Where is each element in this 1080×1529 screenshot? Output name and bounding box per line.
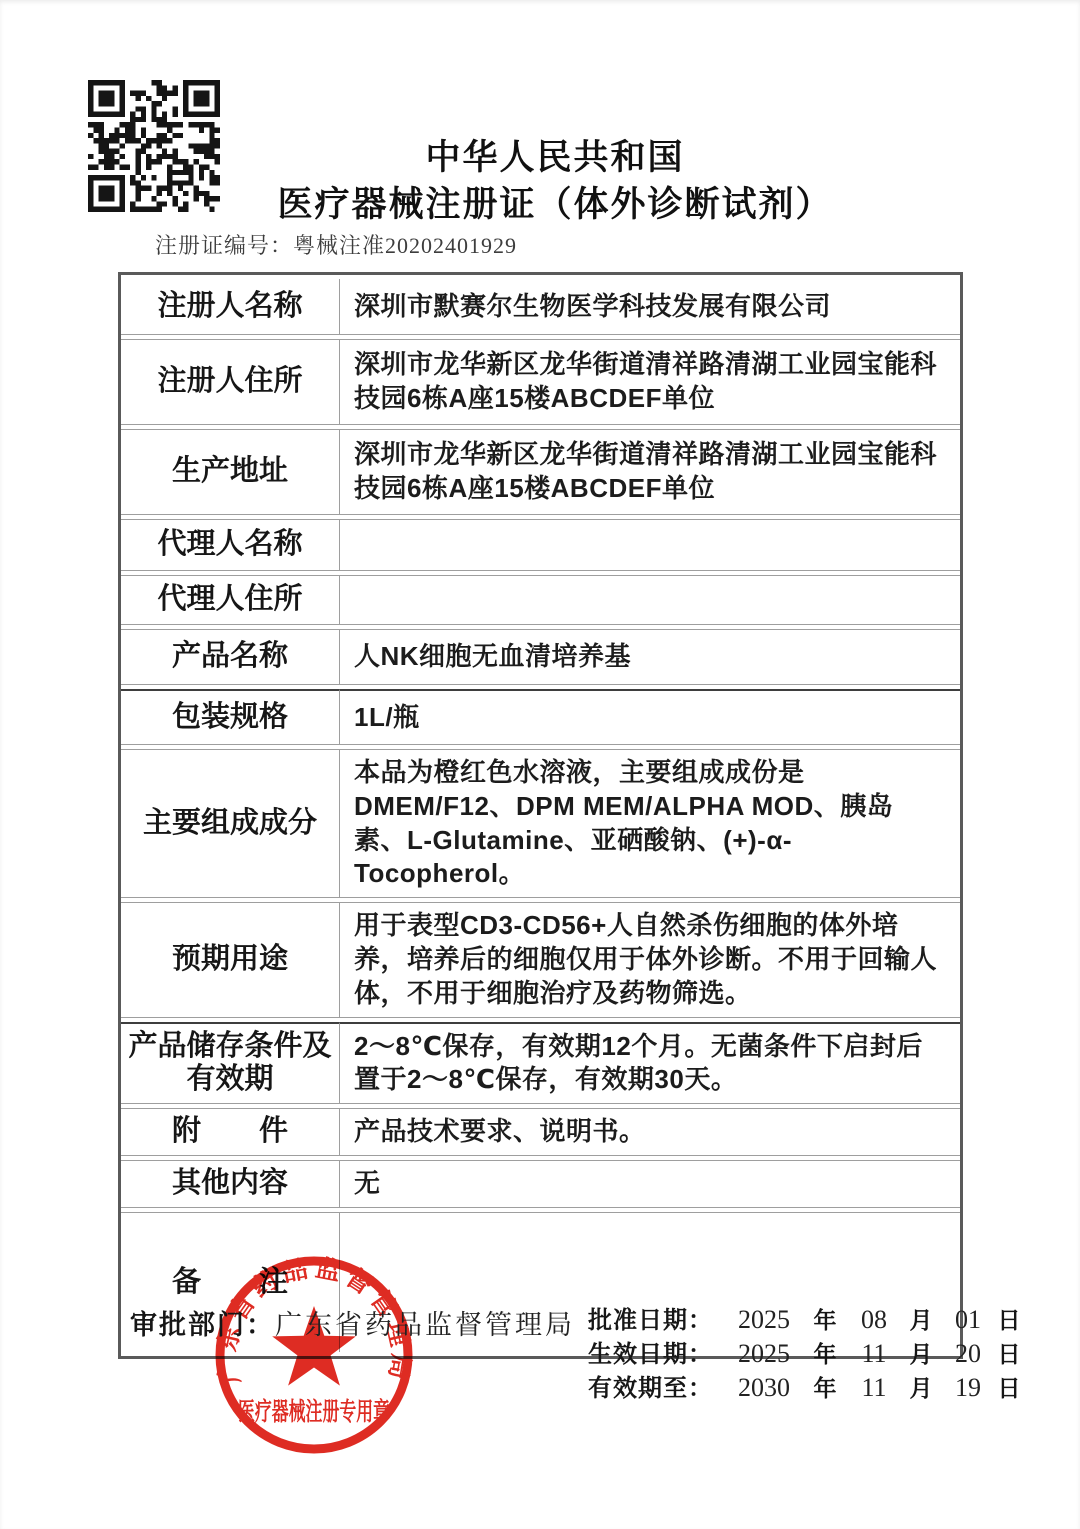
row-label: 产品名称	[121, 629, 340, 685]
official-seal-stamp: 广东省药品监督管理局 医疗器械注册专用章	[211, 1252, 417, 1458]
stamp-bottom-text: 医疗器械注册专用章	[238, 1397, 390, 1426]
table-row-registrant-address: 注册人住所 深圳市龙华新区龙华街道清祥路清湖工业园宝能科技园6栋A座15楼ABC…	[121, 339, 960, 425]
approval-department-value: 广东省药品监督管理局	[275, 1310, 575, 1340]
document-title: 中华人民共和国 医疗器械注册证（体外诊断试剂）	[40, 134, 1070, 228]
effective-date-year: 2025	[726, 1339, 802, 1369]
row-label: 生产地址	[121, 429, 340, 515]
title-line-1: 中华人民共和国	[40, 134, 1070, 181]
row-label: 主要组成成分	[121, 749, 340, 898]
unit-day: 日	[994, 1336, 1024, 1369]
row-label: 注册人名称	[121, 279, 340, 335]
effective-date-month: 11	[848, 1339, 900, 1369]
effective-date-label: 生效日期：	[588, 1334, 726, 1369]
row-value: 人NK细胞无血清培养基	[340, 629, 960, 685]
effective-date-day: 20	[942, 1339, 994, 1369]
table-row-agent-name: 代理人名称	[121, 519, 960, 571]
unit-month: 月	[900, 1370, 942, 1403]
certificate-table: 注册人名称 深圳市默赛尔生物医学科技发展有限公司 注册人住所 深圳市龙华新区龙华…	[118, 272, 963, 1359]
row-label: 注册人住所	[121, 339, 340, 425]
row-label: 产品储存条件及有效期	[121, 1022, 340, 1105]
unit-year: 年	[802, 1302, 848, 1335]
row-value: 深圳市龙华新区龙华街道清祥路清湖工业园宝能科技园6栋A座15楼ABCDEF单位	[340, 429, 960, 515]
unit-day: 日	[994, 1302, 1024, 1335]
table-row-packaging-spec: 包装规格 1L/瓶	[121, 689, 960, 745]
expiry-date-row: 有效期至： 2030 年 11 月 19 日	[588, 1368, 1024, 1402]
approval-date-row: 批准日期： 2025 年 08 月 01 日	[588, 1300, 1024, 1334]
unit-month: 月	[900, 1302, 942, 1335]
table-row-agent-address: 代理人住所	[121, 575, 960, 625]
certificate-number-line: 注册证编号：粤械注准20202401929	[155, 229, 517, 260]
unit-month: 月	[900, 1336, 942, 1369]
row-label: 附 件	[121, 1108, 340, 1156]
table-row-product-name: 产品名称 人NK细胞无血清培养基	[121, 629, 960, 685]
unit-year: 年	[802, 1336, 848, 1369]
expiry-date-label: 有效期至：	[588, 1368, 726, 1403]
effective-date-row: 生效日期： 2025 年 11 月 20 日	[588, 1334, 1024, 1368]
row-value: 用于表型CD3-CD56+人自然杀伤细胞的体外培养，培养后的细胞仅用于体外诊断。…	[340, 902, 960, 1017]
row-value: 1L/瓶	[340, 689, 960, 745]
approval-department-line: 审批部门：广东省药品监督管理局	[130, 1303, 575, 1342]
approval-date-month: 08	[848, 1305, 900, 1335]
expiry-date-month: 11	[848, 1373, 900, 1403]
row-value: 深圳市龙华新区龙华街道清祥路清湖工业园宝能科技园6栋A座15楼ABCDEF单位	[340, 339, 960, 425]
row-value: 产品技术要求、说明书。	[340, 1108, 960, 1156]
row-label: 包装规格	[121, 689, 340, 745]
row-value: 本品为橙红色水溶液，主要组成成份是DMEM/F12、DPM MEM/ALPHA …	[340, 749, 960, 898]
row-value	[340, 575, 960, 625]
row-label: 预期用途	[121, 902, 340, 1017]
approval-date-label: 批准日期：	[588, 1300, 726, 1335]
row-value: 深圳市默赛尔生物医学科技发展有限公司	[340, 279, 960, 335]
certificate-number-label: 注册证编号：	[155, 233, 293, 258]
unit-day: 日	[994, 1370, 1024, 1403]
row-value: 无	[340, 1160, 960, 1208]
approval-dates: 批准日期： 2025 年 08 月 01 日 生效日期： 2025 年 11 月…	[588, 1300, 1024, 1402]
expiry-date-day: 19	[942, 1373, 994, 1403]
certificate-page: 中华人民共和国 医疗器械注册证（体外诊断试剂） 注册证编号：粤械注准202024…	[0, 0, 1080, 1529]
row-label: 代理人住所	[121, 575, 340, 625]
unit-year: 年	[802, 1370, 848, 1403]
table-row-other-content: 其他内容 无	[121, 1160, 960, 1208]
certificate-number-value: 粤械注准20202401929	[293, 233, 517, 258]
approval-date-day: 01	[942, 1305, 994, 1335]
table-row-registrant-name: 注册人名称 深圳市默赛尔生物医学科技发展有限公司	[121, 279, 960, 335]
approval-date-year: 2025	[726, 1305, 802, 1335]
table-row-main-components: 主要组成成分 本品为橙红色水溶液，主要组成成份是DMEM/F12、DPM MEM…	[121, 749, 960, 898]
expiry-date-year: 2030	[726, 1373, 802, 1403]
table-row-intended-use: 预期用途 用于表型CD3-CD56+人自然杀伤细胞的体外培养，培养后的细胞仅用于…	[121, 902, 960, 1017]
row-value: 2～8℃保存，有效期12个月。无菌条件下启封后置于2～8℃保存，有效期30天。	[340, 1022, 960, 1105]
approval-department-label: 审批部门：	[130, 1310, 275, 1340]
row-value	[340, 519, 960, 571]
table-row-storage-conditions: 产品储存条件及有效期 2～8℃保存，有效期12个月。无菌条件下启封后置于2～8℃…	[121, 1022, 960, 1105]
table-row-production-address: 生产地址 深圳市龙华新区龙华街道清祥路清湖工业园宝能科技园6栋A座15楼ABCD…	[121, 429, 960, 515]
table-row-attachments: 附 件 产品技术要求、说明书。	[121, 1108, 960, 1156]
title-line-2: 医疗器械注册证（体外诊断试剂）	[40, 181, 1070, 228]
row-label: 代理人名称	[121, 519, 340, 571]
row-label: 其他内容	[121, 1160, 340, 1208]
